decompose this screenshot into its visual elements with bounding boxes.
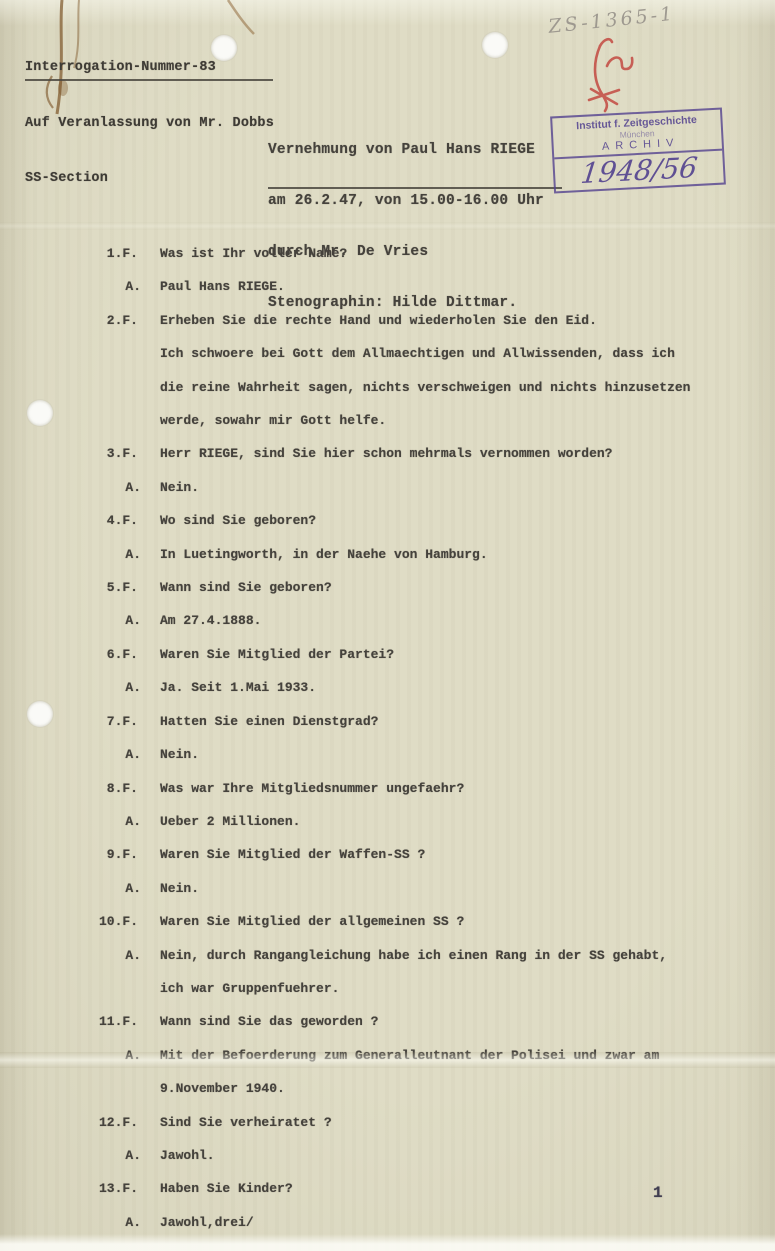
transcript-line: die reine Wahrheit sagen, nichts verschw…: [0, 371, 775, 404]
transcript-line: A. Nein.: [0, 738, 775, 771]
speaker-label: A.: [0, 738, 146, 771]
speaker-label: 6.F.: [0, 638, 146, 671]
fold-crease: [0, 222, 775, 230]
line-text: Waren Sie Mitglied der Partei?: [160, 638, 394, 671]
speaker-label: A.: [0, 604, 146, 637]
line-text: Wo sind Sie geboren?: [160, 504, 316, 537]
line-text: Jawohl,drei/: [160, 1206, 254, 1239]
transcript-line: 5.F. Wann sind Sie geboren?: [0, 571, 775, 604]
transcript-line: A. Ja. Seit 1.Mai 1933.: [0, 671, 775, 704]
archive-stamp: Institut f. Zeitgeschichte München ARCHI…: [550, 108, 726, 194]
speaker-label: 2.F.: [0, 304, 146, 337]
transcript-line: 9.November 1940.: [0, 1072, 775, 1105]
line-text: werde, sowahr mir Gott helfe.: [160, 404, 386, 437]
speaker-label: 12.F.: [0, 1106, 146, 1139]
speaker-label: A.: [0, 538, 146, 571]
interrogation-number: Interrogation-Nummer-83: [25, 59, 274, 78]
speaker-label: A.: [0, 1206, 146, 1239]
pencil-archive-code: ZS-1365-1: [547, 0, 738, 38]
transcript-line: A. Nein, durch Rangangleichung habe ich …: [0, 939, 775, 972]
line-text: Jawohl.: [160, 1139, 215, 1172]
speaker-label: A.: [0, 671, 146, 704]
speaker-label: [0, 1072, 146, 1105]
speaker-label: A.: [0, 872, 146, 905]
line-text: die reine Wahrheit sagen, nichts verschw…: [160, 371, 691, 404]
session-title: Vernehmung von Paul Hans RIEGE: [268, 142, 544, 159]
session-underline: [268, 187, 562, 189]
transcript-line: 6.F. Waren Sie Mitglied der Partei?: [0, 638, 775, 671]
transcript-line: 3.F. Herr RIEGE, sind Sie hier schon meh…: [0, 437, 775, 470]
document-page: ZS-1365-1 Interrogation-Nummer-83 Auf Ve…: [0, 0, 775, 1251]
speaker-label: A.: [0, 270, 146, 303]
transcript-line: 1.F. Was ist Ihr voller Name?: [0, 237, 775, 270]
line-text: Waren Sie Mitglied der allgemeinen SS ?: [160, 905, 464, 938]
transcript-line: A. Ueber 2 Millionen.: [0, 805, 775, 838]
line-text: Paul Hans RIEGE.: [160, 270, 285, 303]
interrogation-header: Interrogation-Nummer-83 Auf Veranlassung…: [25, 22, 274, 226]
speaker-label: [0, 371, 146, 404]
transcript-line: A. Paul Hans RIEGE.: [0, 270, 775, 303]
transcript-line: 4.F. Wo sind Sie geboren?: [0, 504, 775, 537]
line-text: Waren Sie Mitglied der Waffen-SS ?: [160, 838, 425, 871]
speaker-label: [0, 404, 146, 437]
line-text: Erheben Sie die rechte Hand und wiederho…: [160, 304, 597, 337]
line-text: Nein.: [160, 471, 199, 504]
transcript-line: Ich schwoere bei Gott dem Allmaechtigen …: [0, 337, 775, 370]
line-text: Ja. Seit 1.Mai 1933.: [160, 671, 316, 704]
transcript-line: A. Jawohl.: [0, 1139, 775, 1172]
line-text: Nein.: [160, 738, 199, 771]
speaker-label: [0, 972, 146, 1005]
line-text: In Luetingworth, in der Naehe von Hambur…: [160, 538, 488, 571]
speaker-label: A.: [0, 939, 146, 972]
transcript-line: 2.F. Erheben Sie die rechte Hand und wie…: [0, 304, 775, 337]
line-text: Hatten Sie einen Dienstgrad?: [160, 705, 378, 738]
speaker-label: A.: [0, 1139, 146, 1172]
transcript-line: 11.F. Wann sind Sie das geworden ?: [0, 1005, 775, 1038]
speaker-label: 11.F.: [0, 1005, 146, 1038]
corner-underline: [25, 79, 273, 81]
speaker-label: [0, 337, 146, 370]
transcript-line: A. Nein.: [0, 872, 775, 905]
transcript-line: werde, sowahr mir Gott helfe.: [0, 404, 775, 437]
speaker-label: A.: [0, 805, 146, 838]
speaker-label: 10.F.: [0, 905, 146, 938]
line-text: 9.November 1940.: [160, 1072, 285, 1105]
page-number: 1: [653, 1184, 663, 1202]
transcript-line: 10.F. Waren Sie Mitglied der allgemeinen…: [0, 905, 775, 938]
line-text: Wann sind Sie das geworden ?: [160, 1005, 378, 1038]
interrogation-section: SS-Section: [25, 170, 274, 189]
transcript-line: A. Am 27.4.1888.: [0, 604, 775, 637]
line-text: Was ist Ihr voller Name?: [160, 237, 347, 270]
transcript-line: A. Nein.: [0, 471, 775, 504]
line-text: Herr RIEGE, sind Sie hier schon mehrmals…: [160, 437, 612, 470]
line-text: ich war Gruppenfuehrer.: [160, 972, 339, 1005]
speaker-label: 8.F.: [0, 772, 146, 805]
transcript-line: 8.F. Was war Ihre Mitgliedsnummer ungefa…: [0, 772, 775, 805]
line-text: Sind Sie verheiratet ?: [160, 1106, 332, 1139]
line-text: Ich schwoere bei Gott dem Allmaechtigen …: [160, 337, 675, 370]
line-text: Haben Sie Kinder?: [160, 1172, 293, 1205]
speaker-label: 3.F.: [0, 437, 146, 470]
fold-crease: [0, 1052, 775, 1068]
speaker-label: 4.F.: [0, 504, 146, 537]
line-text: Am 27.4.1888.: [160, 604, 261, 637]
speaker-label: 9.F.: [0, 838, 146, 871]
line-text: Wann sind Sie geboren?: [160, 571, 332, 604]
speaker-label: 5.F.: [0, 571, 146, 604]
transcript-line: 12.F. Sind Sie verheiratet ?: [0, 1106, 775, 1139]
transcript-line: ich war Gruppenfuehrer.: [0, 972, 775, 1005]
speaker-label: 13.F.: [0, 1172, 146, 1205]
line-text: Was war Ihre Mitgliedsnummer ungefaehr?: [160, 772, 464, 805]
session-datetime: am 26.2.47, von 15.00-16.00 Uhr: [268, 193, 544, 210]
transcript: 1.F. Was ist Ihr voller Name? A. Paul Ha…: [0, 237, 775, 1239]
line-text: Ueber 2 Millionen.: [160, 805, 300, 838]
transcript-line: 7.F. Hatten Sie einen Dienstgrad?: [0, 705, 775, 738]
transcript-line: A. Jawohl,drei/: [0, 1206, 775, 1239]
speaker-label: A.: [0, 471, 146, 504]
speaker-label: 1.F.: [0, 237, 146, 270]
speaker-label: 7.F.: [0, 705, 146, 738]
hole-punch: [211, 35, 237, 61]
transcript-line: 9.F. Waren Sie Mitglied der Waffen-SS ?: [0, 838, 775, 871]
line-text: Nein.: [160, 872, 199, 905]
interrogation-requested-by: Auf Veranlassung von Mr. Dobbs: [25, 115, 274, 134]
transcript-line: A. In Luetingworth, in der Naehe von Ham…: [0, 538, 775, 571]
hole-punch: [482, 32, 508, 58]
line-text: Nein, durch Rangangleichung habe ich ein…: [160, 939, 667, 972]
